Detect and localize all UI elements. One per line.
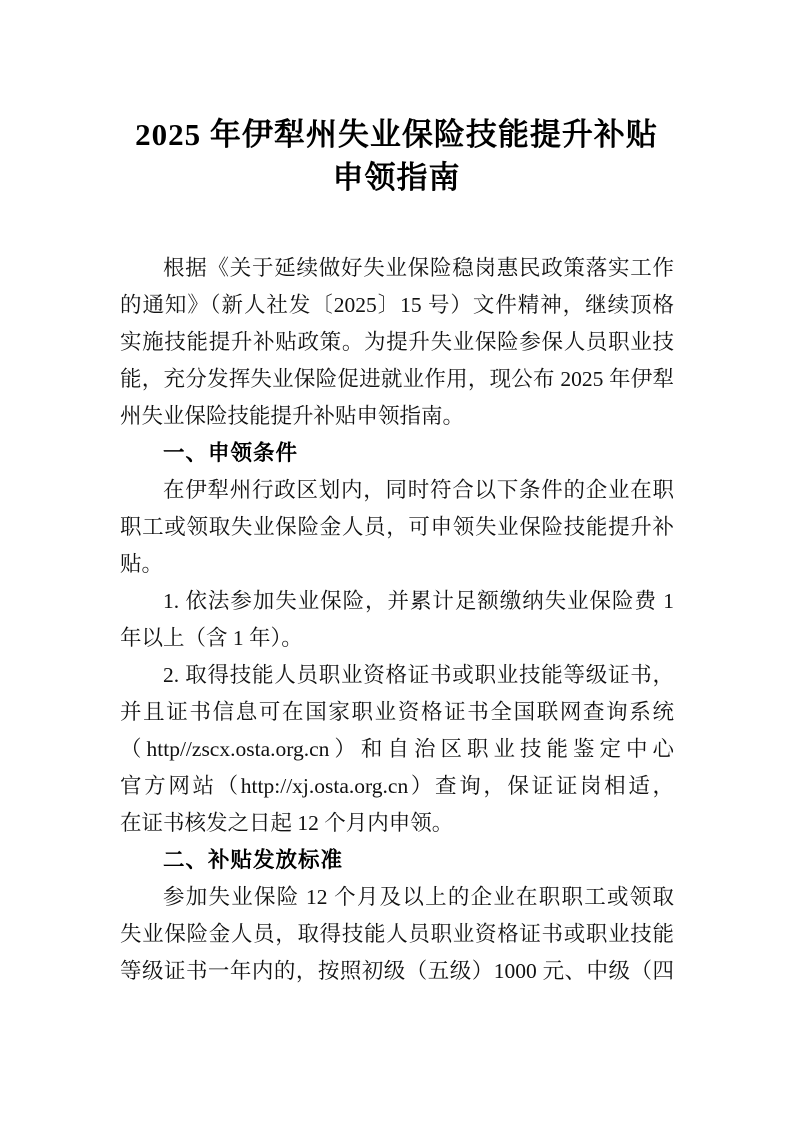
body-line: 的通知》（新人社发〔2025〕15 号）文件精神，继续顶格 [120,287,674,324]
doc-title-line-1: 2025 年伊犁州失业保险技能提升补贴 [0,113,793,156]
body-line: 州失业保险技能提升补贴申领指南。 [120,398,674,435]
body-line: 并且证书信息可在国家职业资格证书全国联网查询系统 [120,694,674,731]
body-line: 根据《关于延续做好失业保险稳岗惠民政策落实工作 [120,250,674,287]
body-line: 在伊犁州行政区划内，同时符合以下条件的企业在职 [120,472,674,509]
section-heading-application-conditions: 一、申领条件 [120,435,674,472]
doc-title-line-2: 申领指南 [0,156,793,199]
body-line: 在证书核发之日起 12 个月内申领。 [120,805,674,842]
body-line: 职工或领取失业保险金人员，可申领失业保险技能提升补 [120,509,674,546]
body-line: 1. 依法参加失业保险，并累计足额缴纳失业保险费 1 [120,583,674,620]
body-line: 能，充分发挥失业保险促进就业作用，现公布 2025 年伊犁 [120,361,674,398]
body-line: 2. 取得技能人员职业资格证书或职业技能等级证书， [120,657,674,694]
body-line: 参加失业保险 12 个月及以上的企业在职职工或领取 [120,879,674,916]
doc-body: 根据《关于延续做好失业保险稳岗惠民政策落实工作 的通知》（新人社发〔2025〕1… [120,250,674,990]
body-line: （http//zscx.osta.org.cn）和自治区职业技能鉴定中心 [120,731,674,768]
document-page: 2025 年伊犁州失业保险技能提升补贴 申领指南 根据《关于延续做好失业保险稳岗… [0,0,793,1122]
body-line: 官方网站（http://xj.osta.org.cn）查询，保证证岗相适， [120,768,674,805]
body-line: 失业保险金人员，取得技能人员职业资格证书或职业技能 [120,916,674,953]
body-line: 年以上（含 1 年）。 [120,620,674,657]
body-line: 贴。 [120,546,674,583]
doc-title: 2025 年伊犁州失业保险技能提升补贴 申领指南 [0,113,793,199]
body-line: 等级证书一年内的，按照初级（五级）1000 元、中级（四 [120,953,674,990]
section-heading-subsidy-standard: 二、补贴发放标准 [120,842,674,879]
body-line: 实施技能提升补贴政策。为提升失业保险参保人员职业技 [120,324,674,361]
